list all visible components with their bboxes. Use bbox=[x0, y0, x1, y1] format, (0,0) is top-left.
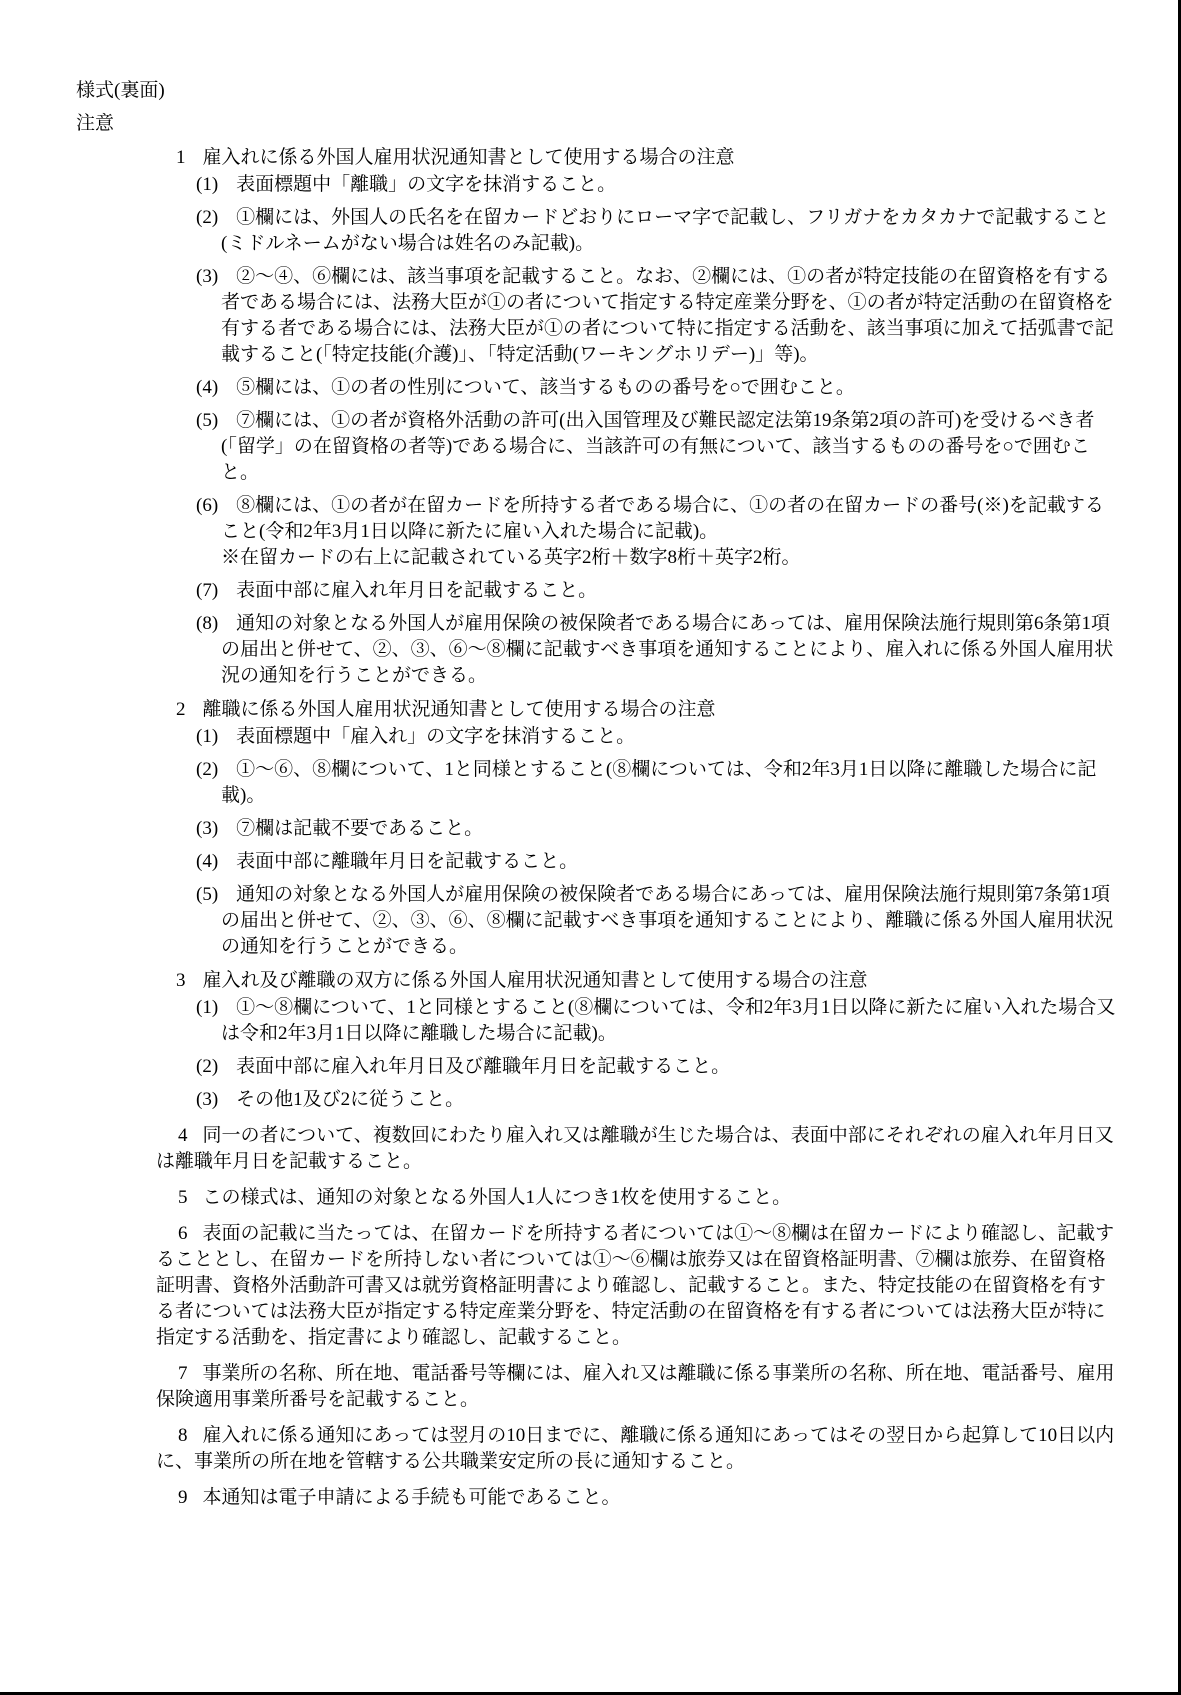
section-text: 本通知は電子申請による手続も可能であること。 bbox=[203, 1487, 621, 1508]
section-2: 2離職に係る外国人雇用状況通知書として使用する場合の注意 (1)表面標題中「雇入… bbox=[76, 697, 1119, 960]
subitem-label: (6) bbox=[196, 495, 218, 516]
section-5: 5この様式は、通知の対象となる外国人1人につき1枚を使用すること。 bbox=[76, 1185, 1119, 1211]
section-4: 4同一の者について、複数回にわたり雇入れ又は離職が生じた場合は、表面中部にそれぞ… bbox=[76, 1123, 1119, 1175]
subitem-2-4: (4)表面中部に離職年月日を記載すること。 bbox=[76, 849, 1119, 875]
subitem-text: 通知の対象となる外国人が雇用保険の被保険者である場合にあっては、雇用保険法施行規… bbox=[221, 884, 1113, 957]
subitem-1-6: (6)⑧欄には、①の者が在留カードを所持する者である場合に、①の者の在留カードの… bbox=[76, 493, 1119, 571]
subitem-3-3: (3)その他1及び2に従うこと。 bbox=[76, 1087, 1119, 1113]
subitem-label: (1) bbox=[196, 997, 218, 1018]
subitem-label: (2) bbox=[196, 1056, 218, 1077]
section-text: 雇入れに係る通知にあっては翌月の10日までに、離職に係る通知にあってはその翌日か… bbox=[156, 1425, 1114, 1472]
subitem-1-4: (4)⑤欄には、①の者の性別について、該当するものの番号を○で囲むこと。 bbox=[76, 375, 1119, 401]
section-1: 1雇入れに係る外国人雇用状況通知書として使用する場合の注意 (1)表面標題中「離… bbox=[76, 145, 1119, 689]
subitem-1-8: (8)通知の対象となる外国人が雇用保険の被保険者である場合にあっては、雇用保険法… bbox=[76, 611, 1119, 689]
subitem-2-3: (3)⑦欄は記載不要であること。 bbox=[76, 816, 1119, 842]
notes-heading: 注意 bbox=[76, 111, 1119, 137]
section-text: 同一の者について、複数回にわたり雇入れ又は離職が生じた場合は、表面中部にそれぞれ… bbox=[156, 1125, 1114, 1172]
subitem-label: (4) bbox=[196, 377, 218, 398]
subitem-text: ①～⑧欄について、1と同様とすること(⑧欄については、令和2年3月1日以降に新た… bbox=[221, 997, 1115, 1044]
subitem-3-1: (1)①～⑧欄について、1と同様とすること(⑧欄については、令和2年3月1日以降… bbox=[76, 995, 1119, 1047]
section-title: 離職に係る外国人雇用状況通知書として使用する場合の注意 bbox=[203, 699, 716, 720]
section-1-header: 1雇入れに係る外国人雇用状況通知書として使用する場合の注意 bbox=[76, 145, 1119, 171]
subitem-1-3: (3)②～④、⑥欄には、該当事項を記載すること。なお、②欄には、①の者が特定技能… bbox=[76, 264, 1119, 368]
subitem-label: (2) bbox=[196, 207, 218, 228]
section-3: 3雇入れ及び離職の双方に係る外国人雇用状況通知書として使用する場合の注意 (1)… bbox=[76, 968, 1119, 1113]
subitem-text: ①～⑥、⑧欄について、1と同様とすること(⑧欄については、令和2年3月1日以降に… bbox=[221, 759, 1096, 806]
subitem-label: (3) bbox=[196, 818, 218, 839]
subitem-2-5: (5)通知の対象となる外国人が雇用保険の被保険者である場合にあっては、雇用保険法… bbox=[76, 882, 1119, 960]
document-page: 様式(裏面) 注意 1雇入れに係る外国人雇用状況通知書として使用する場合の注意 … bbox=[0, 0, 1181, 1695]
subitem-text: ⑧欄には、①の者が在留カードを所持する者である場合に、①の者の在留カードの番号(… bbox=[221, 495, 1104, 542]
form-side-label: 様式(裏面) bbox=[76, 78, 1119, 104]
subitem-3-2: (2)表面中部に雇入れ年月日及び離職年月日を記載すること。 bbox=[76, 1054, 1119, 1080]
residence-card-note: ※在留カードの右上に記載されている英字2桁＋数字8桁＋英字2桁。 bbox=[221, 545, 1119, 571]
section-number: 2 bbox=[176, 699, 186, 720]
subitem-label: (1) bbox=[196, 174, 218, 195]
subitem-text: ⑤欄には、①の者の性別について、該当するものの番号を○で囲むこと。 bbox=[236, 377, 855, 398]
section-6: 6表面の記載に当たっては、在留カードを所持する者については①～⑧欄は在留カードに… bbox=[76, 1221, 1119, 1351]
subitem-label: (5) bbox=[196, 884, 218, 905]
subitem-label: (4) bbox=[196, 851, 218, 872]
section-text: 事業所の名称、所在地、電話番号等欄には、雇入れ又は離職に係る事業所の名称、所在地… bbox=[156, 1363, 1115, 1410]
subitem-text: 表面中部に雇入れ年月日を記載すること。 bbox=[236, 580, 597, 601]
subitem-1-7: (7)表面中部に雇入れ年月日を記載すること。 bbox=[76, 578, 1119, 604]
section-number: 7 bbox=[178, 1363, 188, 1384]
subitem-text: ⑦欄は記載不要であること。 bbox=[236, 818, 483, 839]
subitem-text: ⑦欄には、①の者が資格外活動の許可(出入国管理及び難民認定法第19条第2項の許可… bbox=[221, 410, 1094, 483]
subitem-text: ②～④、⑥欄には、該当事項を記載すること。なお、②欄には、①の者が特定技能の在留… bbox=[221, 266, 1114, 365]
subitem-text: 通知の対象となる外国人が雇用保険の被保険者である場合にあっては、雇用保険法施行規… bbox=[221, 613, 1113, 686]
subitem-text: 表面中部に雇入れ年月日及び離職年月日を記載すること。 bbox=[236, 1056, 730, 1077]
subitem-label: (5) bbox=[196, 410, 218, 431]
subitem-label: (1) bbox=[196, 726, 218, 747]
subitem-label: (2) bbox=[196, 759, 218, 780]
subitem-1-5: (5)⑦欄には、①の者が資格外活動の許可(出入国管理及び難民認定法第19条第2項… bbox=[76, 408, 1119, 486]
subitem-2-2: (2)①～⑥、⑧欄について、1と同様とすること(⑧欄については、令和2年3月1日… bbox=[76, 757, 1119, 809]
section-title: 雇入れ及び離職の双方に係る外国人雇用状況通知書として使用する場合の注意 bbox=[203, 970, 868, 991]
subitem-text: 表面標題中「離職」の文字を抹消すること。 bbox=[236, 174, 616, 195]
subitem-label: (8) bbox=[196, 613, 218, 634]
section-7: 7事業所の名称、所在地、電話番号等欄には、雇入れ又は離職に係る事業所の名称、所在… bbox=[76, 1361, 1119, 1413]
subitem-text: 表面中部に離職年月日を記載すること。 bbox=[236, 851, 578, 872]
subitem-1-1: (1)表面標題中「離職」の文字を抹消すること。 bbox=[76, 172, 1119, 198]
section-number: 5 bbox=[178, 1187, 188, 1208]
section-number: 9 bbox=[178, 1487, 188, 1508]
subitem-1-2: (2)①欄には、外国人の氏名を在留カードどおりにローマ字で記載し、フリガナをカタ… bbox=[76, 205, 1119, 257]
section-9: 9本通知は電子申請による手続も可能であること。 bbox=[76, 1485, 1119, 1511]
section-number: 4 bbox=[178, 1125, 188, 1146]
section-8: 8雇入れに係る通知にあっては翌月の10日までに、離職に係る通知にあってはその翌日… bbox=[76, 1423, 1119, 1475]
section-text: 表面の記載に当たっては、在留カードを所持する者については①～⑧欄は在留カードによ… bbox=[156, 1223, 1114, 1348]
subitem-label: (3) bbox=[196, 266, 218, 287]
section-number: 6 bbox=[178, 1223, 188, 1244]
subitem-label: (3) bbox=[196, 1089, 218, 1110]
subitem-text: その他1及び2に従うこと。 bbox=[236, 1089, 464, 1110]
section-3-header: 3雇入れ及び離職の双方に係る外国人雇用状況通知書として使用する場合の注意 bbox=[76, 968, 1119, 994]
section-2-header: 2離職に係る外国人雇用状況通知書として使用する場合の注意 bbox=[76, 697, 1119, 723]
subitem-label: (7) bbox=[196, 580, 218, 601]
section-number: 3 bbox=[176, 970, 186, 991]
section-text: この様式は、通知の対象となる外国人1人につき1枚を使用すること。 bbox=[203, 1187, 792, 1208]
section-number: 8 bbox=[178, 1425, 188, 1446]
subitem-2-1: (1)表面標題中「雇入れ」の文字を抹消すること。 bbox=[76, 724, 1119, 750]
subitem-text: 表面標題中「雇入れ」の文字を抹消すること。 bbox=[236, 726, 635, 747]
section-title: 雇入れに係る外国人雇用状況通知書として使用する場合の注意 bbox=[203, 147, 735, 168]
subitem-text: ①欄には、外国人の氏名を在留カードどおりにローマ字で記載し、フリガナをカタカナで… bbox=[221, 207, 1109, 254]
section-number: 1 bbox=[176, 147, 186, 168]
